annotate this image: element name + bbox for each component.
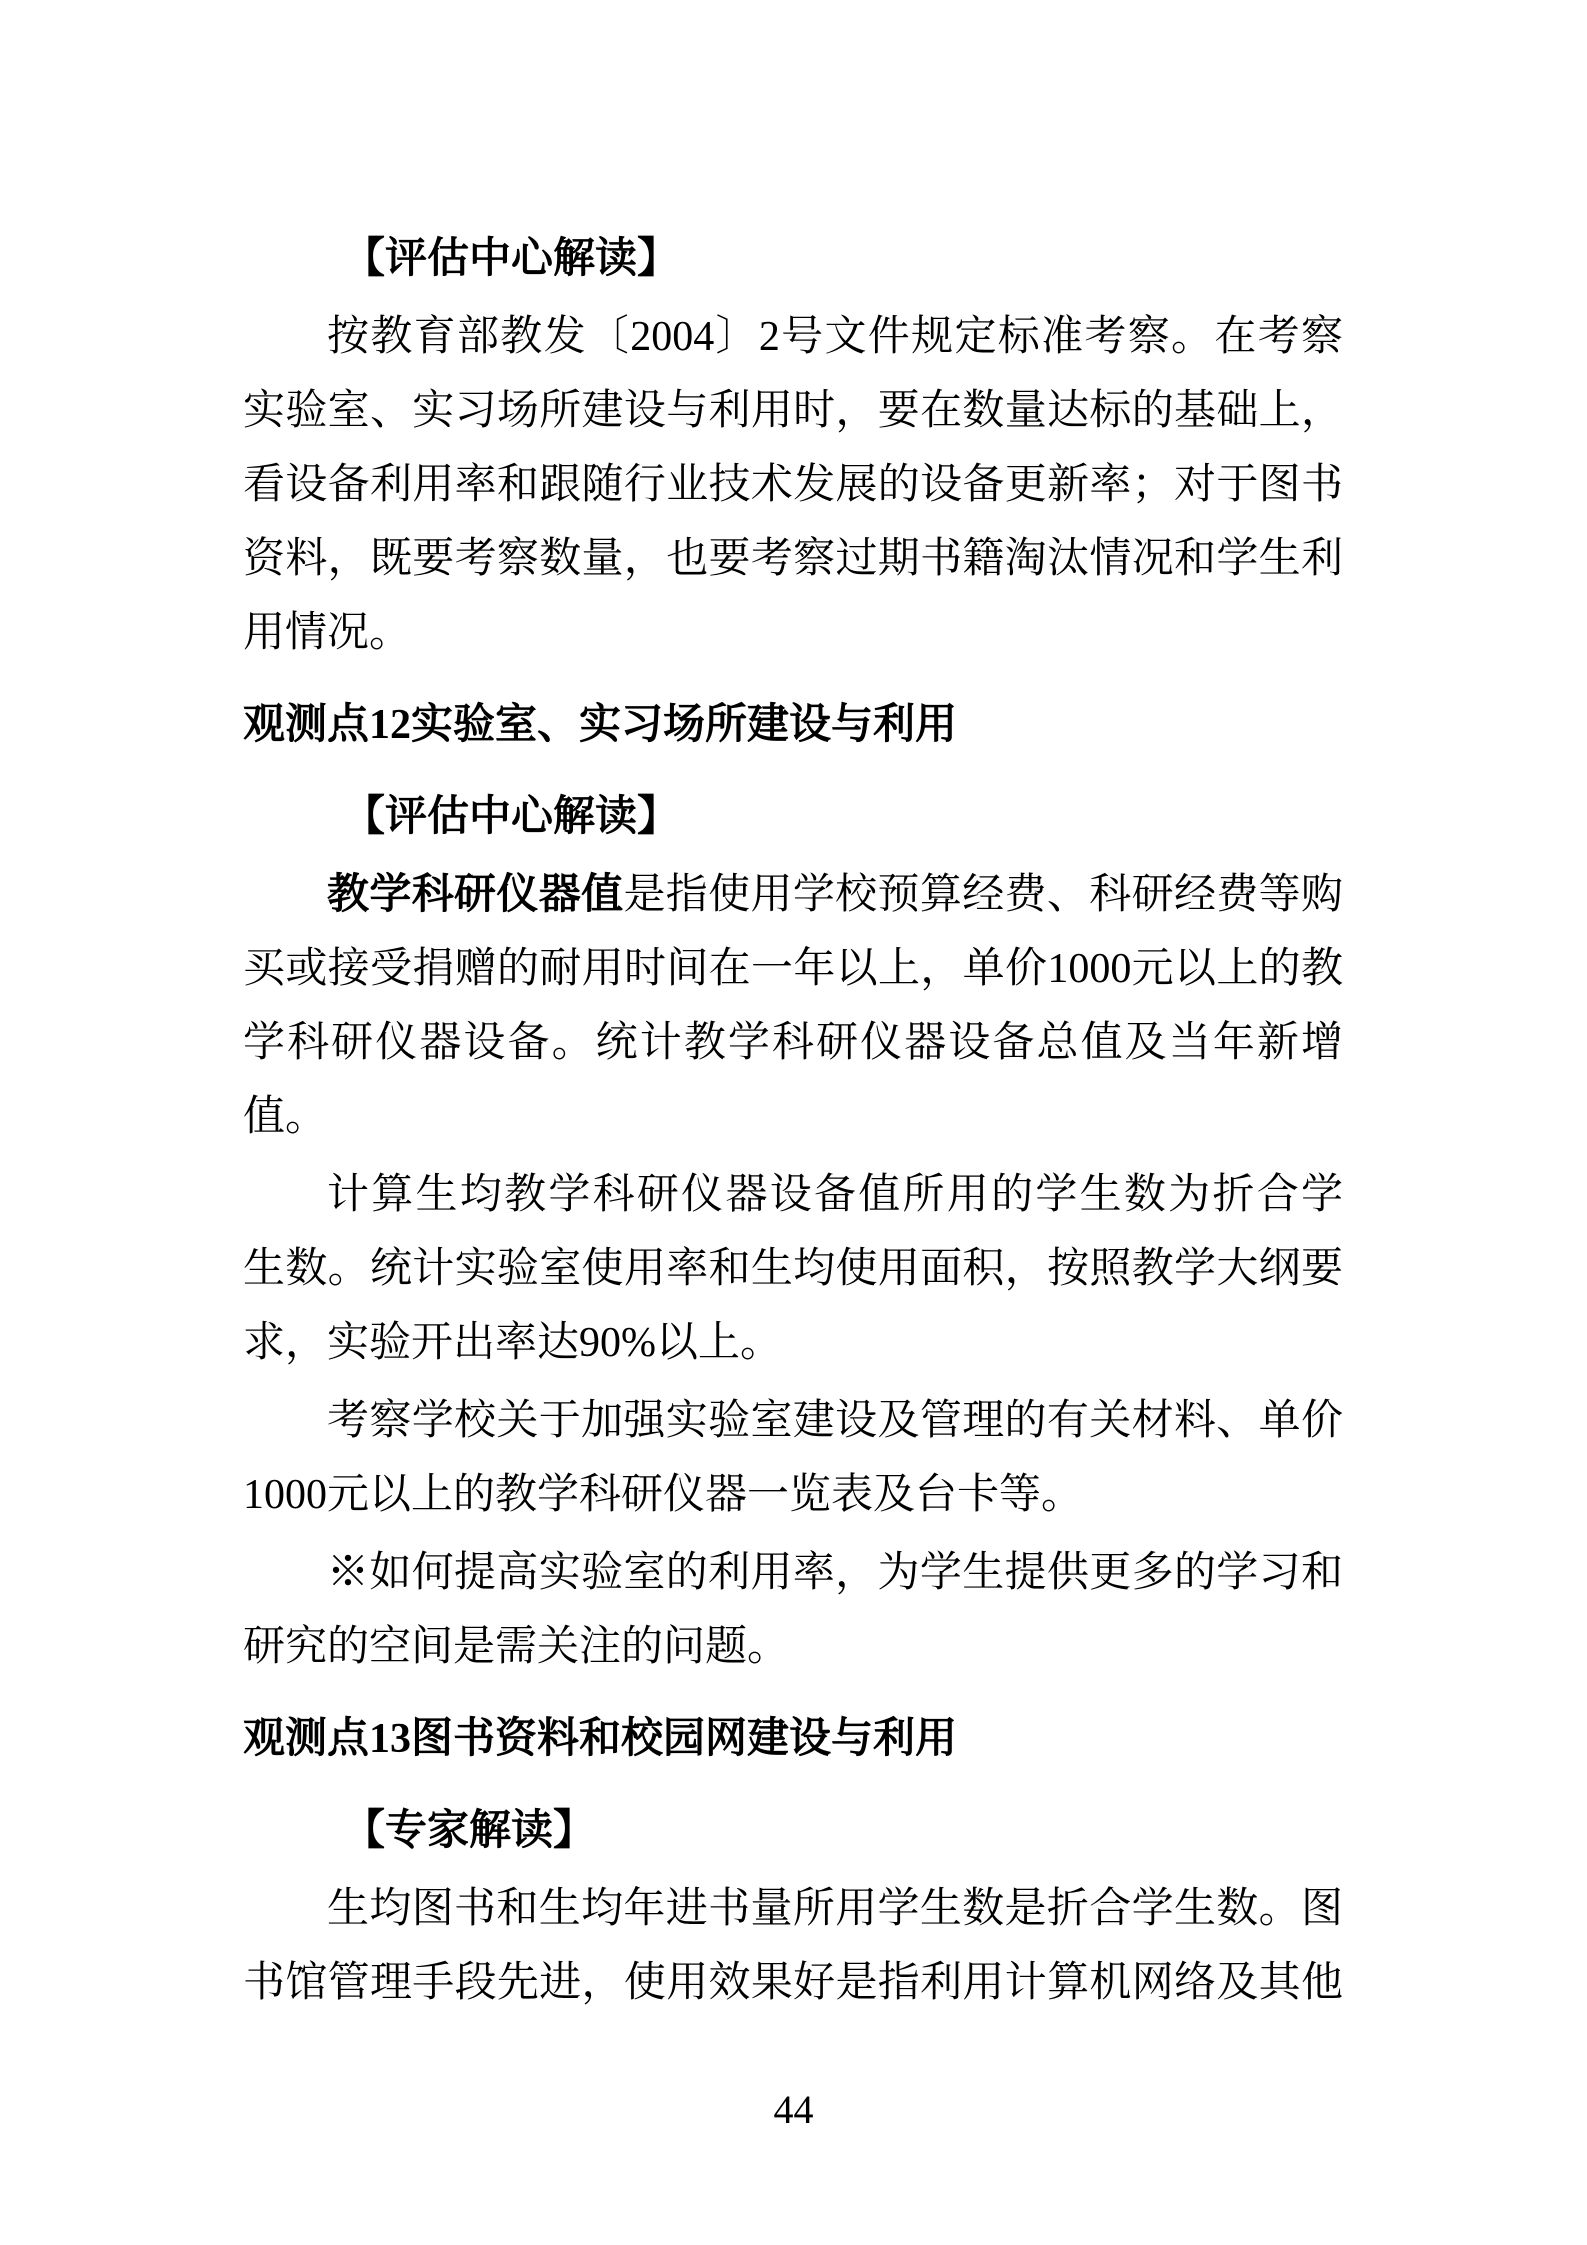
text-line: 研究的空间是需关注的问题。 [243,1610,1343,1684]
text-line: 值。 [243,1080,1343,1154]
text-line: 考察学校关于加强实验室建设及管理的有关材料、单价 [243,1384,1343,1458]
text-line: 生数。统计实验室使用率和生均使用面积，按照教学大纲要 [243,1232,1343,1306]
text-line: 求，实验开出率达90%以上。 [243,1306,1343,1380]
text-line: 计算生均教学科研仪器设备值所用的学生数为折合学 [243,1158,1343,1232]
bold-term: 教学科研仪器值 [327,872,623,918]
paragraph: 教学科研仪器值是指使用学校预算经费、科研经费等购买或接受捐赠的耐用时间在一年以上… [243,858,1343,1154]
text-line: 买或接受捐赠的耐用时间在一年以上，单价1000元以上的教 [243,932,1343,1006]
section-subtitle: 【评估中心解读】 [243,780,1343,854]
section-heading: 观测点13图书资料和校园网建设与利用 [243,1702,1343,1776]
paragraph: 计算生均教学科研仪器设备值所用的学生数为折合学生数。统计实验室使用率和生均使用面… [243,1158,1343,1380]
text-line: 用情况。 [243,596,1343,670]
text-line: 生均图书和生均年进书量所用学生数是折合学生数。图 [243,1872,1343,1946]
text-line: 教学科研仪器值是指使用学校预算经费、科研经费等购 [243,858,1343,932]
page-number: 44 [0,2086,1587,2134]
text-line: 书馆管理手段先进，使用效果好是指利用计算机网络及其他 [243,1946,1343,2020]
text-line: 看设备利用率和跟随行业技术发展的设备更新率；对于图书 [243,448,1343,522]
text-run: 是指使用学校预算经费、科研经费等购 [623,872,1343,918]
paragraph: 生均图书和生均年进书量所用学生数是折合学生数。图书馆管理手段先进，使用效果好是指… [243,1872,1343,2020]
text-line: ※如何提高实验室的利用率，为学生提供更多的学习和 [243,1536,1343,1610]
paragraph: ※如何提高实验室的利用率，为学生提供更多的学习和研究的空间是需关注的问题。 [243,1536,1343,1684]
document-content: 【评估中心解读】按教育部教发〔2004〕2号文件规定标准考察。在考察实验室、实习… [243,222,1343,2024]
section-subtitle: 【评估中心解读】 [243,222,1343,296]
section-heading: 观测点12实验室、实习场所建设与利用 [243,688,1343,762]
text-line: 资料，既要考察数量，也要考察过期书籍淘汰情况和学生利 [243,522,1343,596]
paragraph: 考察学校关于加强实验室建设及管理的有关材料、单价1000元以上的教学科研仪器一览… [243,1384,1343,1532]
text-line: 学科研仪器设备。统计教学科研仪器设备总值及当年新增 [243,1006,1343,1080]
text-line: 1000元以上的教学科研仪器一览表及台卡等。 [243,1458,1343,1532]
paragraph: 按教育部教发〔2004〕2号文件规定标准考察。在考察实验室、实习场所建设与利用时… [243,300,1343,670]
text-line: 实验室、实习场所建设与利用时，要在数量达标的基础上， [243,374,1343,448]
section-subtitle: 【专家解读】 [243,1794,1343,1868]
text-line: 按教育部教发〔2004〕2号文件规定标准考察。在考察 [243,300,1343,374]
document-page: 【评估中心解读】按教育部教发〔2004〕2号文件规定标准考察。在考察实验室、实习… [0,0,1587,2245]
